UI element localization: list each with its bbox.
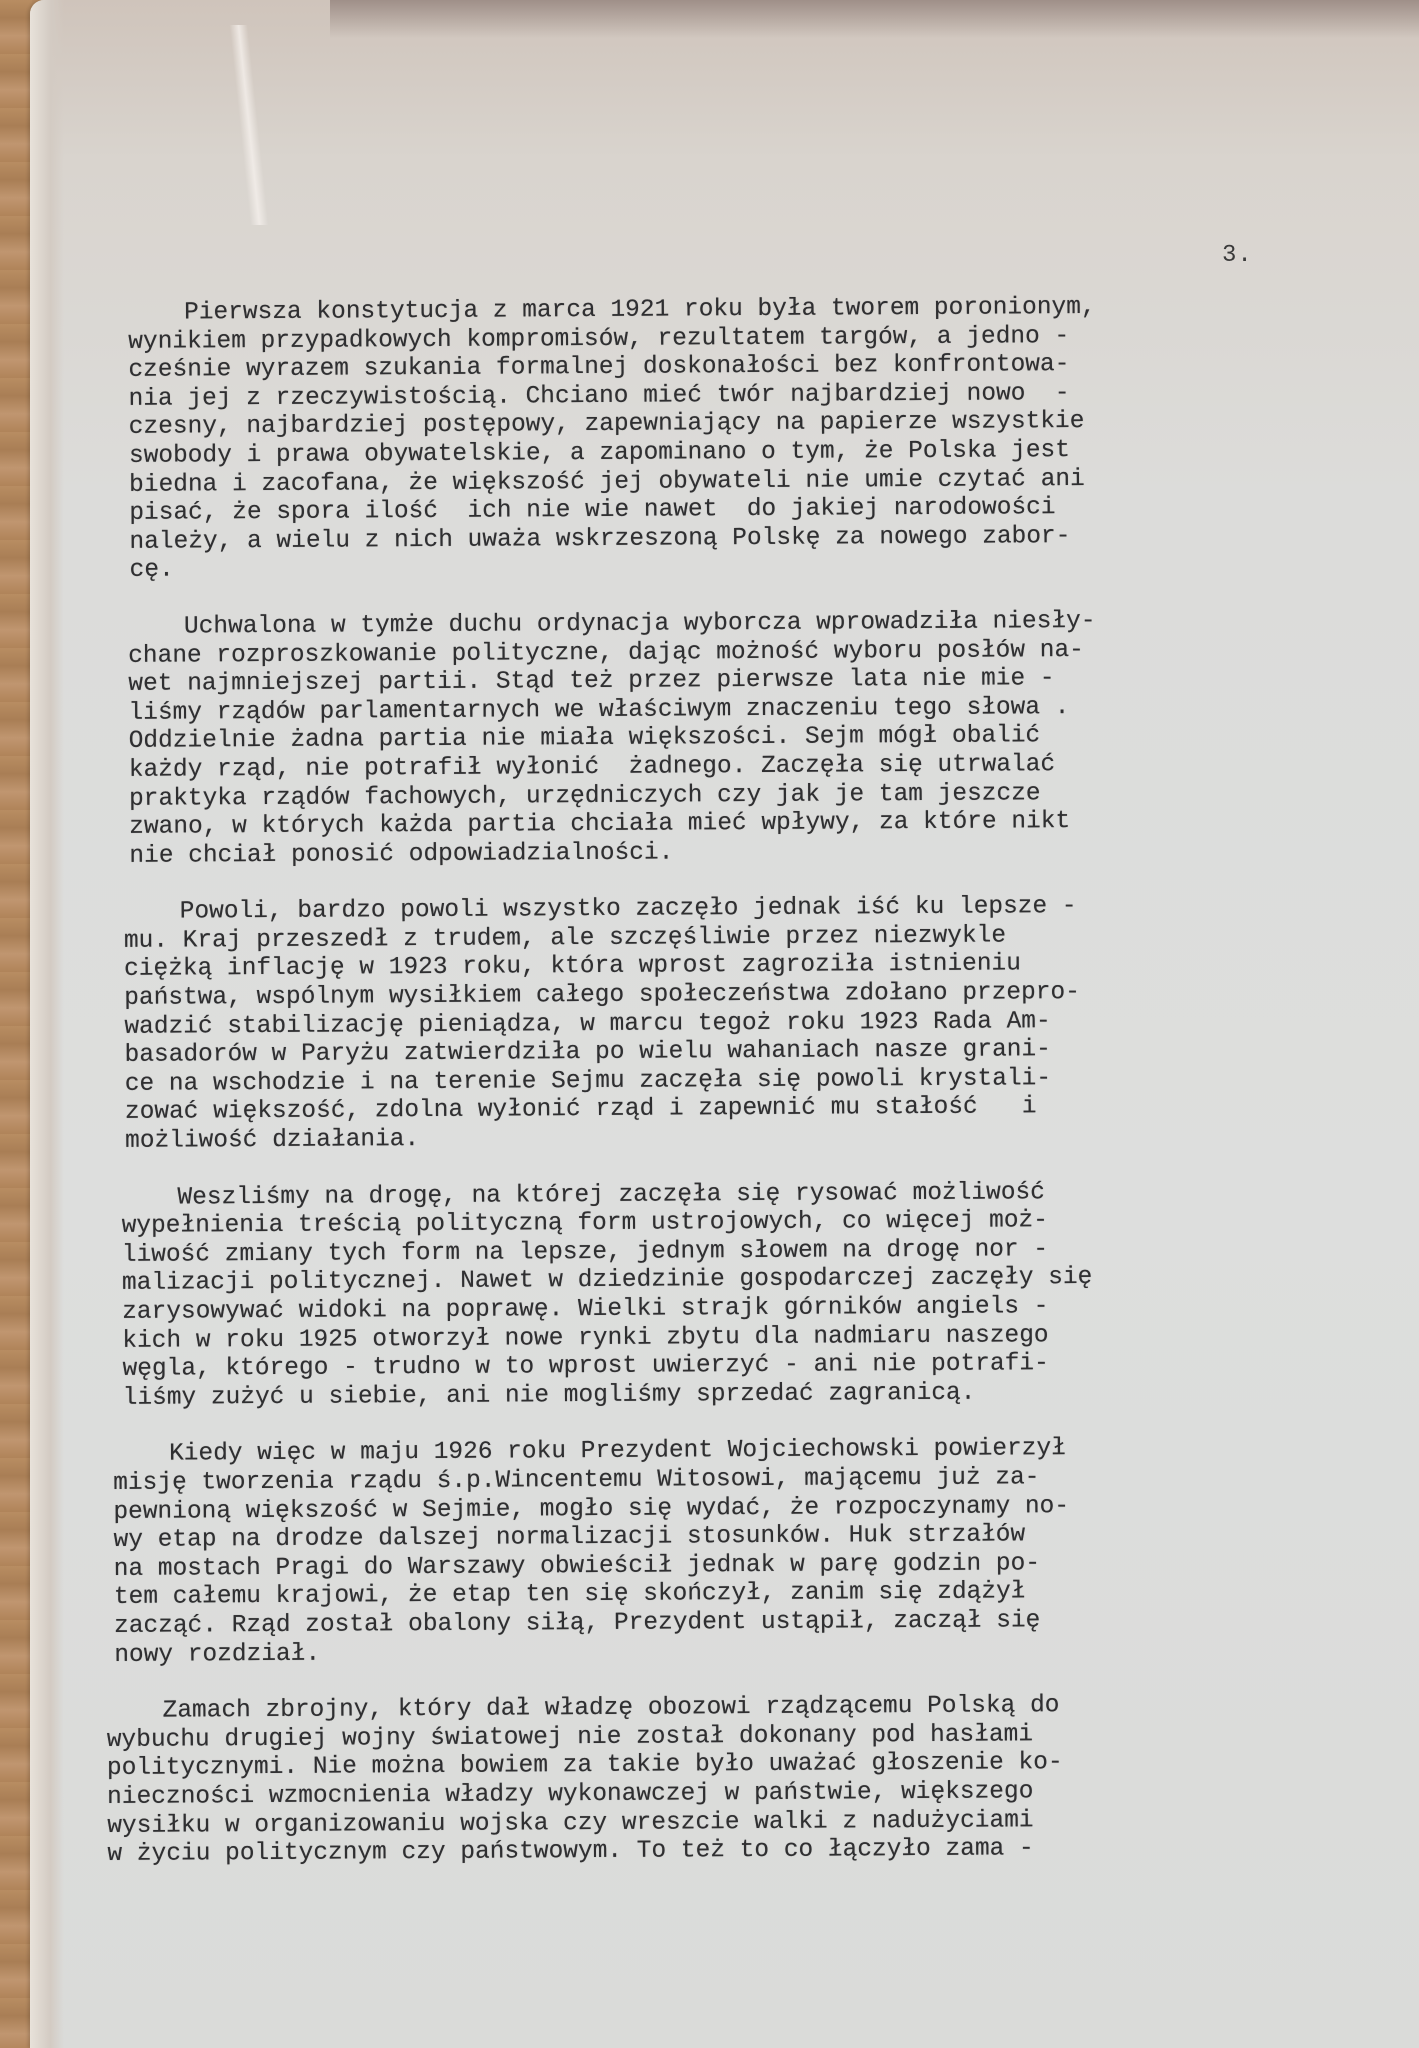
paragraph: Pierwsza konstytucja z marca 1921 roku b…: [128, 292, 1332, 585]
paper-folded-edge: [30, 0, 64, 2048]
paper-top-shadow: [330, 0, 1419, 38]
paragraph: Weszliśmy na drogę, na której zaczęła si…: [121, 1177, 1336, 1413]
paragraph: Zamach zbrojny, który dał władzę obozowi…: [107, 1691, 1340, 1870]
paragraph: Uchwalona w tymże duchu ordynacja wyborc…: [128, 606, 1334, 871]
paragraph: Powoli, bardzo powoli wszystko zaczęło j…: [124, 892, 1336, 1157]
text-line: możliwość działania.: [125, 1121, 1335, 1157]
wooden-table-background: [0, 0, 32, 2048]
document-body: Pierwsza konstytucja z marca 1921 roku b…: [100, 292, 1340, 1897]
text-line: w życiu politycznym czy państwowym. To t…: [107, 1834, 1339, 1870]
paragraph: Kiedy więc w maju 1926 roku Prezydent Wo…: [113, 1434, 1338, 1670]
page-number: 3.: [1222, 242, 1253, 269]
